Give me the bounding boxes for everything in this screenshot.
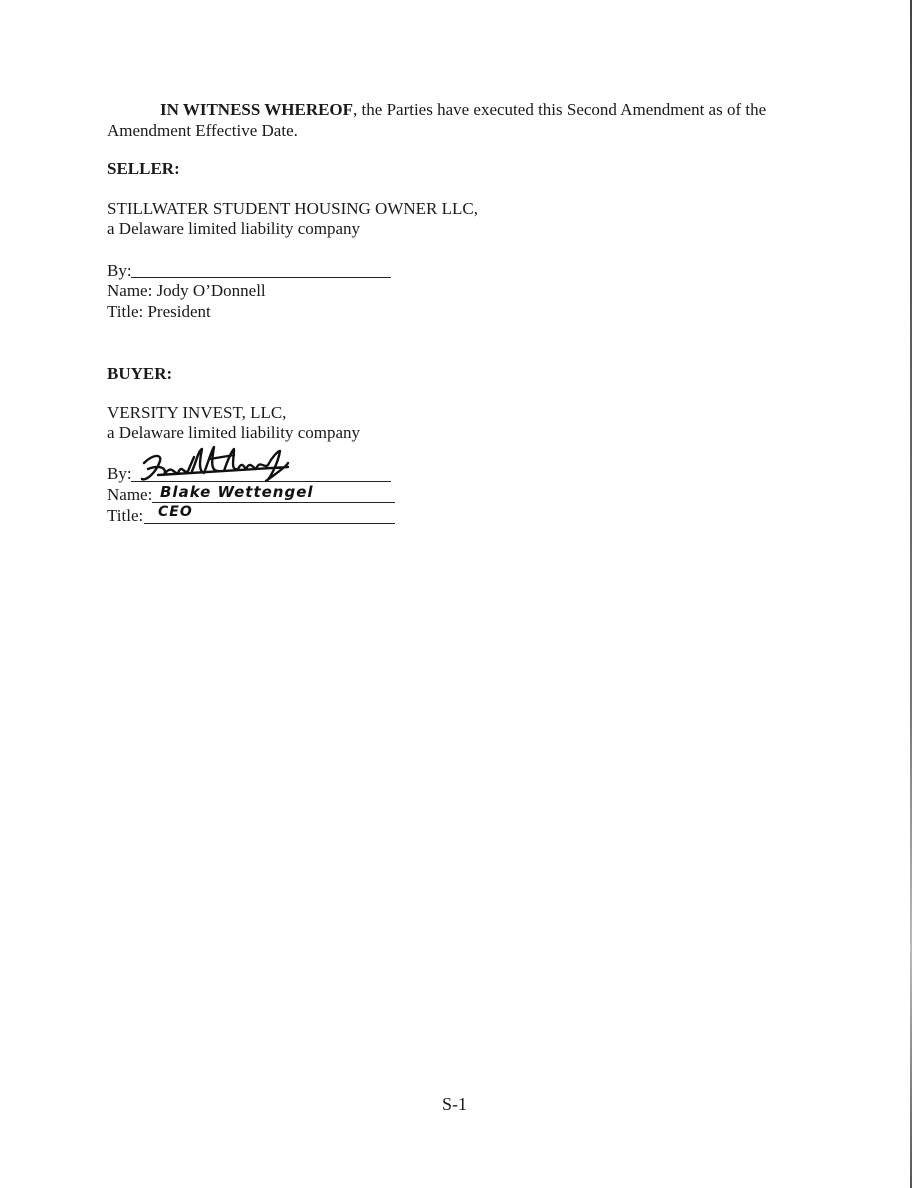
- buyer-title-line[interactable]: [144, 523, 395, 524]
- buyer-company-type: a Delaware limited liability company: [107, 423, 360, 443]
- witness-line-2: Amendment Effective Date.: [107, 121, 298, 141]
- buyer-by-label: By:: [107, 464, 132, 484]
- witness-line-1: IN WITNESS WHEREOF, the Parties have exe…: [160, 100, 766, 120]
- seller-by-label: By:: [107, 261, 132, 281]
- witness-lead: IN WITNESS WHEREOF: [160, 100, 353, 119]
- buyer-name-line[interactable]: [152, 502, 395, 503]
- buyer-name-handwritten: Blake Wettengel: [160, 483, 314, 501]
- buyer-heading: BUYER:: [107, 364, 172, 384]
- seller-title: Title: President: [107, 302, 211, 322]
- page-number: S-1: [442, 1094, 467, 1115]
- seller-name: Name: Jody O’Donnell: [107, 281, 266, 301]
- buyer-company: VERSITY INVEST, LLC,: [107, 403, 286, 423]
- seller-heading: SELLER:: [107, 159, 180, 179]
- buyer-name-label: Name:: [107, 485, 152, 505]
- scan-edge: [910, 0, 912, 1188]
- buyer-title-label: Title:: [107, 506, 143, 526]
- seller-company-type: a Delaware limited liability company: [107, 219, 360, 239]
- seller-company: STILLWATER STUDENT HOUSING OWNER LLC,: [107, 199, 478, 219]
- buyer-title-handwritten: CEO: [158, 504, 193, 520]
- seller-signature-line[interactable]: [131, 277, 391, 278]
